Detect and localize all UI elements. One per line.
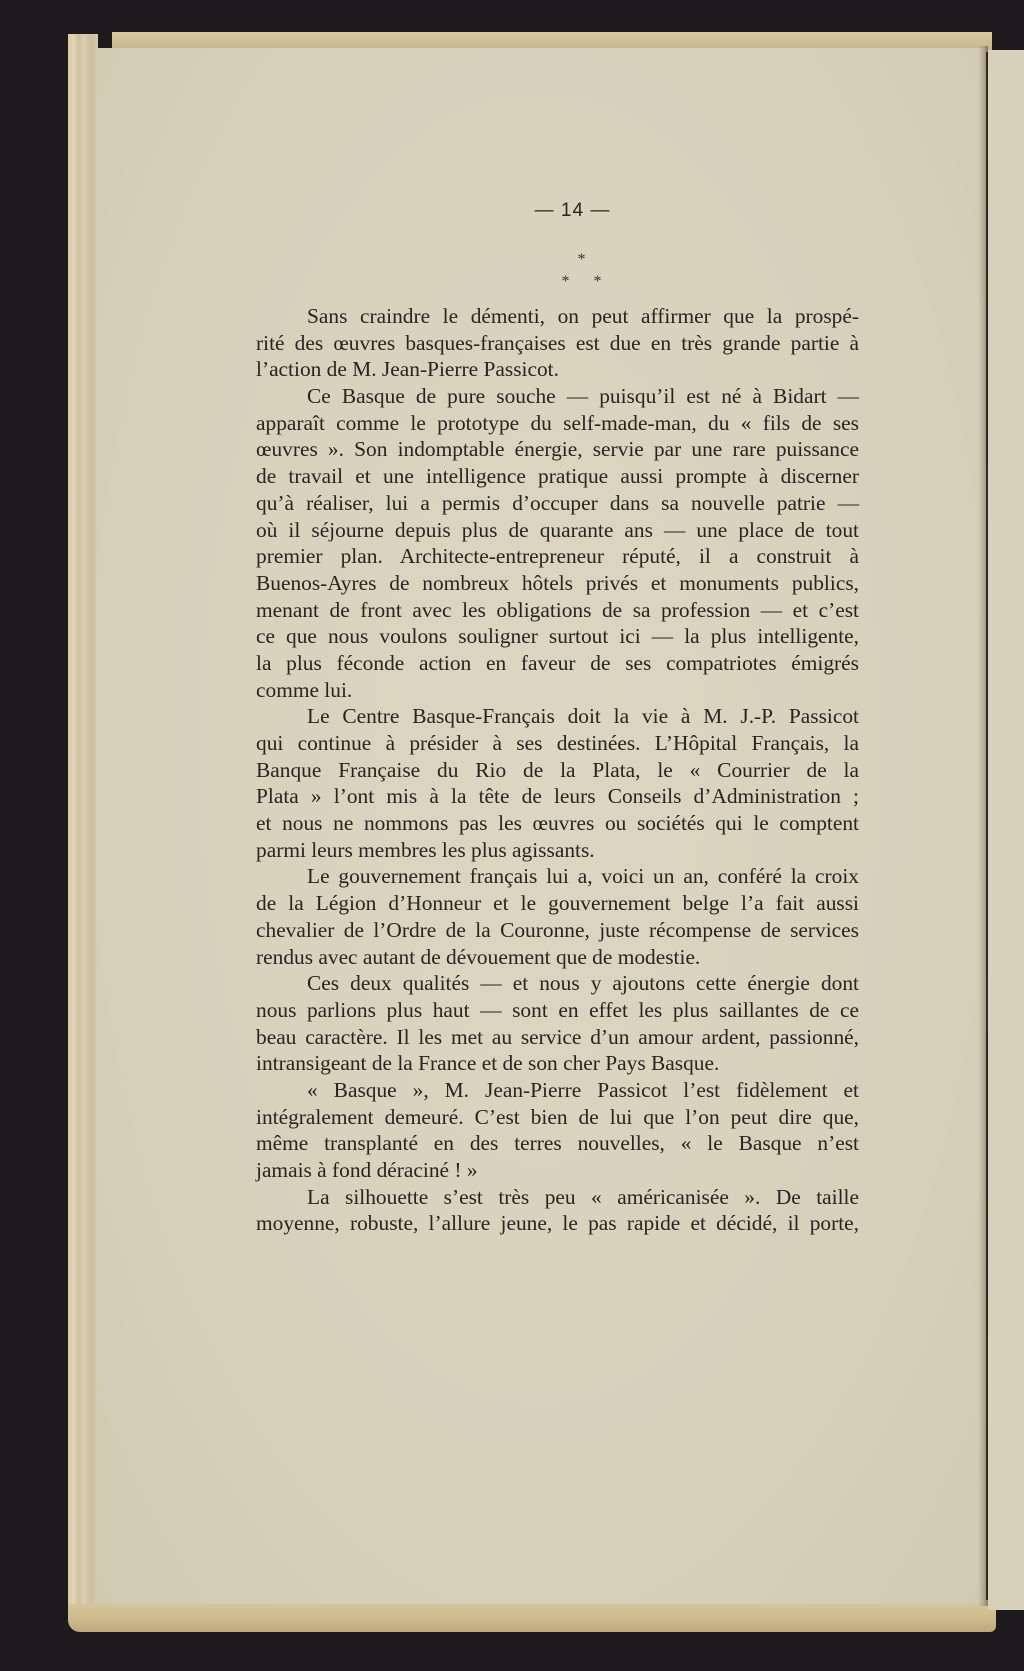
text-line: comme lui.	[256, 677, 859, 704]
paragraph: Ces deux qualités — et nous y ajoutons c…	[256, 970, 859, 1077]
paragraph: Le Centre Basque-Français doit la vie à …	[256, 703, 859, 863]
text-line: et nous ne nommons pas les œuvres ou soc…	[256, 810, 859, 837]
text-line: intégralement demeuré. C’est bien de lui…	[256, 1104, 859, 1131]
gutter-shadow	[978, 46, 988, 1606]
text-line: Le gouvernement français lui a, voici un…	[256, 863, 859, 890]
text-line: Plata » l’ont mis à la tête de leurs Con…	[256, 783, 859, 810]
text-line: apparaît comme le prototype du self-made…	[256, 410, 859, 437]
text-line: la plus féconde action en faveur de ses …	[256, 650, 859, 677]
text-line: où il séjourne depuis plus de quarante a…	[256, 517, 859, 544]
text-block: — 14 — * * * Sans craindre le démenti, o…	[256, 196, 859, 1237]
facing-page-edge	[988, 50, 1024, 1610]
text-line: l’action de M. Jean-Pierre Passicot.	[256, 356, 859, 383]
text-line: Le Centre Basque-Français doit la vie à …	[256, 703, 859, 730]
text-line: chevalier de l’Ordre de la Couronne, jus…	[256, 917, 859, 944]
text-line: premier plan. Architecte-entrepreneur ré…	[256, 543, 859, 570]
text-line: Sans craindre le démenti, on peut affirm…	[256, 303, 859, 330]
text-line: même transplanté en des terres nouvelles…	[256, 1130, 859, 1157]
paragraph: La silhouette s’est très peu « américani…	[256, 1184, 859, 1237]
text-line: qu’à réaliser, lui a permis d’occuper da…	[256, 490, 859, 517]
text-line: jamais à fond déraciné ! »	[256, 1157, 859, 1184]
paragraph: Sans craindre le démenti, on peut affirm…	[256, 303, 859, 383]
paragraph: Ce Basque de pure souche — puisqu’il est…	[256, 383, 859, 703]
text-line: ce que nous voulons souligner surtout ic…	[256, 623, 859, 650]
text-line: nous parlions plus haut — sont en effet …	[256, 997, 859, 1024]
text-line: rité des œuvres basques-françaises est d…	[256, 330, 859, 357]
text-line: beau caractère. Il les met au service d’…	[256, 1024, 859, 1051]
text-line: « Basque », M. Jean-Pierre Passicot l’es…	[256, 1077, 859, 1104]
text-line: Ces deux qualités — et nous y ajoutons c…	[256, 970, 859, 997]
paragraph: Le gouvernement français lui a, voici un…	[256, 863, 859, 970]
text-line: menant de front avec les obligations de …	[256, 597, 859, 624]
section-break-asterism: * * *	[304, 249, 859, 293]
paragraph: « Basque », M. Jean-Pierre Passicot l’es…	[256, 1077, 859, 1184]
asterism-row-2: * *	[304, 271, 859, 293]
text-line: qui continue à présider à ses destinées.…	[256, 730, 859, 757]
text-line: parmi leurs membres les plus agissants.	[256, 837, 859, 864]
text-line: La silhouette s’est très peu « américani…	[256, 1184, 859, 1211]
body-text: Sans craindre le démenti, on peut affirm…	[256, 303, 859, 1237]
text-line: rendus avec autant de dévouement que de …	[256, 944, 859, 971]
text-line: moyenne, robuste, l’allure jeune, le pas…	[256, 1210, 859, 1237]
asterism-row-1: *	[304, 249, 859, 271]
text-line: Banque Française du Rio de la Plata, le …	[256, 757, 859, 784]
text-line: de travail et une intelligence pratique …	[256, 463, 859, 490]
text-line: de la Légion d’Honneur et le gouvernemen…	[256, 890, 859, 917]
text-line: Buenos-Ayres de nombreux hôtels privés e…	[256, 570, 859, 597]
text-line: Ce Basque de pure souche — puisqu’il est…	[256, 383, 859, 410]
text-line: œuvres ». Son indomptable énergie, servi…	[256, 436, 859, 463]
page-stack-left-edge	[68, 34, 98, 1604]
text-line: intransigeant de la France et de son che…	[256, 1050, 859, 1077]
page-bottom-deckle-edge	[68, 1600, 996, 1632]
page-number: — 14 —	[286, 196, 859, 226]
